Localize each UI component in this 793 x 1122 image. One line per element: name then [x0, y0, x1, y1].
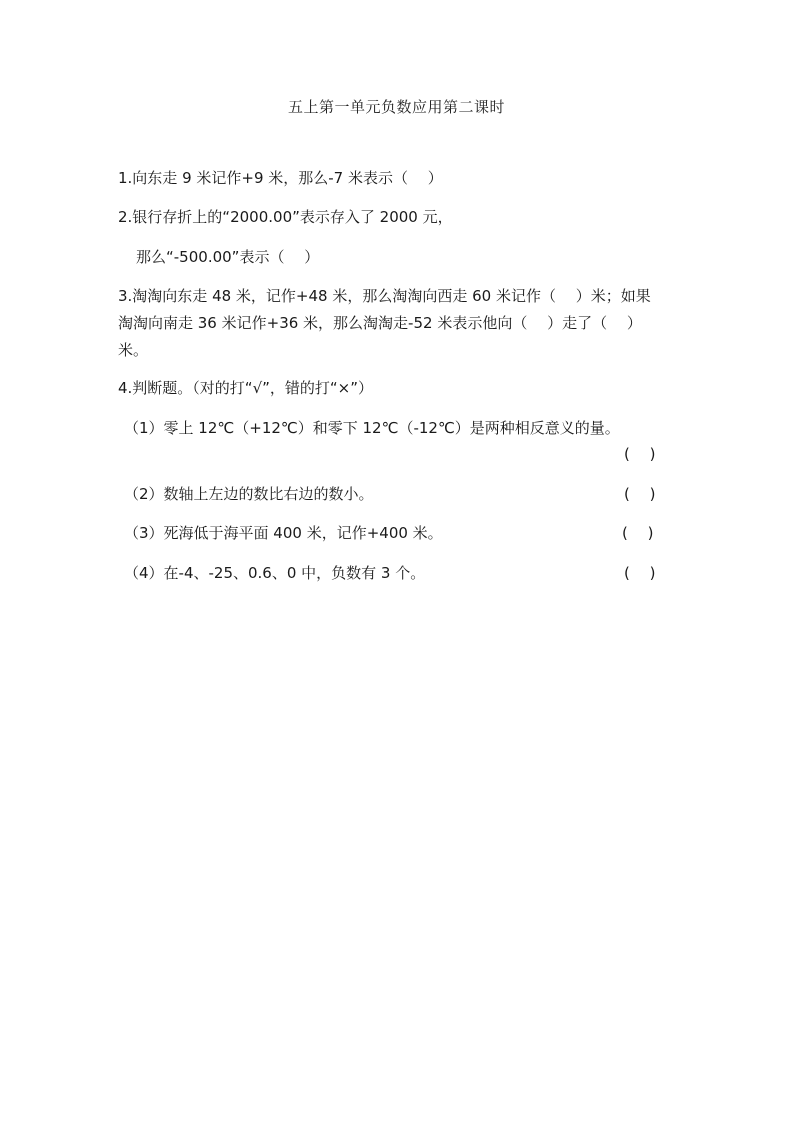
question-2-line-2: 那么“-500.00”表示（ ） — [136, 247, 319, 267]
question-3-line-2: 淘淘向南走 36 米记作+36 米，那么淘淘走-52 米表示他向（ ）走了（ ） — [118, 313, 642, 333]
question-2-line-1: 2.银行存折上的“2000.00”表示存入了 2000 元， — [118, 207, 453, 227]
answer-blank-2: ( ) — [624, 484, 655, 504]
judgement-item-3: （3）死海低于海平面 400 米，记作+400 米。 — [124, 523, 443, 543]
worksheet-page: 五上第一单元负数应用第二课时 1.向东走 9 米记作+9 米，那么-7 米表示（… — [0, 0, 793, 1122]
question-1: 1.向东走 9 米记作+9 米，那么-7 米表示（ ） — [118, 168, 443, 188]
document-title: 五上第一单元负数应用第二课时 — [0, 96, 793, 117]
answer-blank-4: ( ) — [624, 563, 655, 583]
judgement-item-1: （1）零上 12℃（+12℃）和零下 12℃（-12℃）是两种相反意义的量。 — [124, 418, 620, 438]
judgement-item-4: （4）在-4、-25、0.6、0 中，负数有 3 个。 — [124, 563, 425, 583]
question-4-heading: 4.判断题。（对的打“√”，错的打“×”） — [118, 378, 373, 398]
judgement-item-2: （2）数轴上左边的数比右边的数小。 — [124, 484, 374, 504]
question-3-line-1: 3.淘淘向东走 48 米，记作+48 米，那么淘淘向西走 60 米记作（ ）米；… — [118, 286, 651, 306]
answer-blank-1: ( ) — [624, 444, 655, 464]
answer-blank-3: ( ) — [622, 523, 653, 543]
question-3-line-3: 米。 — [118, 340, 148, 360]
